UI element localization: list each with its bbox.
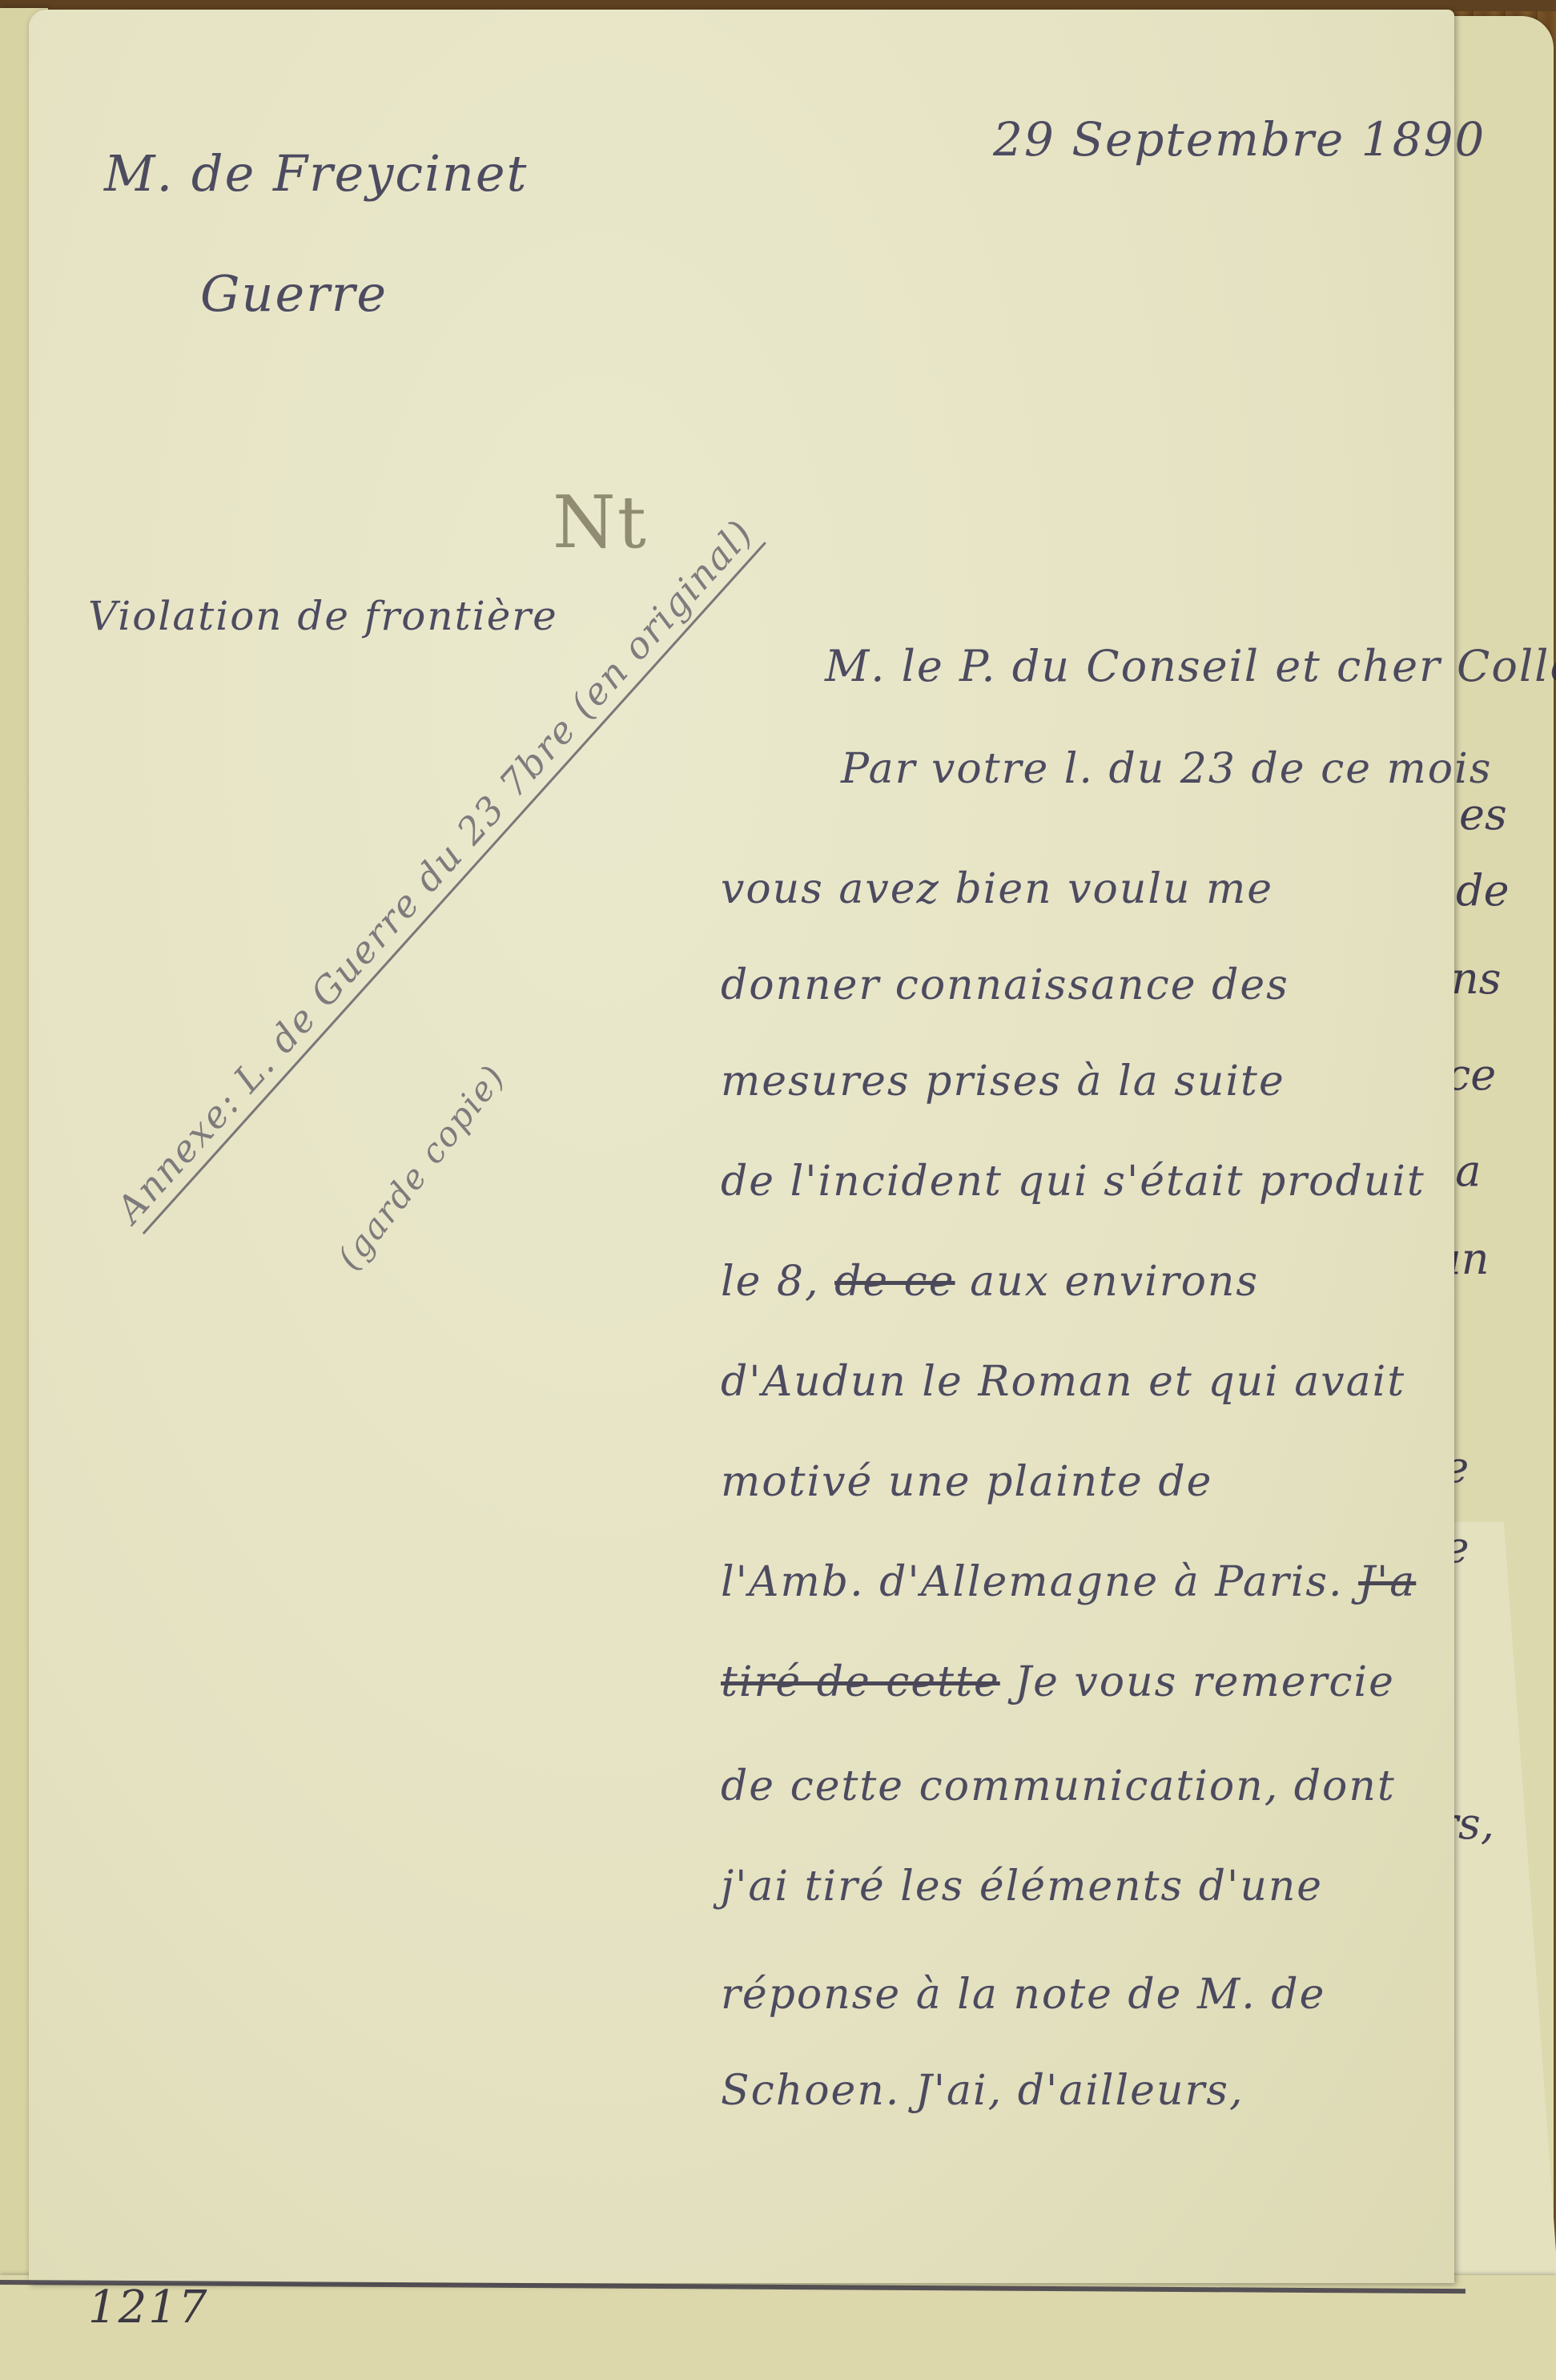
letter-subject: Violation de frontière: [88, 593, 558, 639]
recipient-department: Guerre: [200, 264, 388, 323]
body-line-1: Par votre l. du 23 de ce mois: [841, 745, 1492, 793]
letter-sheet: [29, 10, 1454, 2283]
body-line-4: mesures prises à la suite: [721, 1057, 1285, 1105]
body-line-9: l'Amb. d'Allemagne à Paris. J'a: [721, 1558, 1416, 1606]
letter-date: 29 Septembre 1890: [993, 112, 1486, 167]
body-line-11: de cette communication, dont: [721, 1762, 1396, 1810]
body-line-8: motivé une plainte de: [721, 1458, 1212, 1506]
bleed-fragment: ns: [1451, 953, 1502, 1004]
folio-number: 1217: [88, 2281, 209, 2334]
body-line-12: j'ai tiré les éléments d'une: [721, 1863, 1323, 1911]
recipient-name: M. de Freycinet: [104, 144, 528, 203]
bleed-fragment: es: [1459, 789, 1507, 840]
body-line-6: le 8, de ce aux environs: [721, 1258, 1259, 1306]
body-text: le 8,: [721, 1258, 834, 1306]
struck-text: tiré de cette: [721, 1658, 1000, 1706]
body-line-3: donner connaissance des: [721, 961, 1289, 1009]
struck-text: J'a: [1358, 1558, 1416, 1606]
body-line-10: tiré de cette Je vous remercie: [721, 1658, 1395, 1706]
body-line-5: de l'incident qui s'était produit: [721, 1158, 1425, 1206]
struck-text: de ce: [834, 1258, 955, 1306]
body-text: Je vous remercie: [1000, 1658, 1395, 1706]
body-text: aux environs: [955, 1258, 1260, 1306]
salutation: M. le P. du Conseil et cher Collègue,: [825, 641, 1556, 691]
body-line-7: d'Audun le Roman et qui avait: [721, 1358, 1405, 1406]
body-line-14: Schoen. J'ai, d'ailleurs,: [721, 2067, 1244, 2115]
bleed-fragment: de: [1456, 865, 1510, 916]
initials-mark: Nt: [553, 481, 648, 565]
body-line-2: vous avez bien voulu me: [721, 865, 1273, 913]
body-text: l'Amb. d'Allemagne à Paris.: [721, 1558, 1358, 1606]
body-line-13: réponse à la note de M. de: [721, 1971, 1325, 2019]
